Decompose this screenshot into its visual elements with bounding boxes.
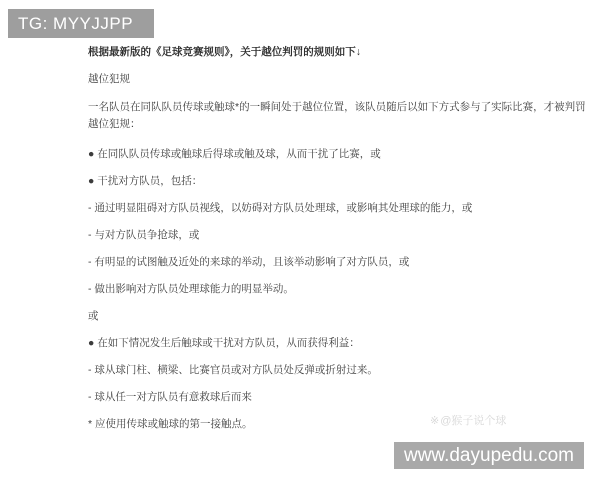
author-watermark-label: @猴子说个球	[440, 415, 506, 427]
document-page: TG: MYYJJPP 根据最新版的《足球竞赛规则》，关于越位判罚的规则如下↓ …	[0, 0, 600, 480]
rule-line: ● 干扰对方队员，包括：	[88, 173, 588, 190]
rule-line: 或	[88, 308, 588, 325]
url-watermark-badge: www.dayupedu.com	[394, 442, 584, 469]
author-watermark: ※@猴子说个球	[430, 412, 506, 428]
star-mark-icon: ※	[430, 415, 439, 427]
tg-watermark-badge: TG: MYYJJPP	[8, 9, 154, 38]
rule-line: - 球从球门柱、横梁、比赛官员或对方队员处反弹或折射过来。	[88, 362, 588, 379]
rule-line: - 有明显的试图触及近处的来球的举动，且该举动影响了对方队员，或	[88, 254, 588, 271]
section-title: 越位犯规	[88, 71, 588, 88]
intro-line: 根据最新版的《足球竞赛规则》，关于越位判罚的规则如下↓	[88, 44, 588, 61]
rule-line: ● 在如下情况发生后触球或干扰对方队员，从而获得利益：	[88, 335, 588, 352]
rule-line: - 做出影响对方队员处理球能力的明显举动。	[88, 281, 588, 298]
rule-line: ● 在同队队员传球或触球后得球或触及球，从而干扰了比赛，或	[88, 146, 588, 163]
article-body: 根据最新版的《足球竞赛规则》，关于越位判罚的规则如下↓ 越位犯规 一名队员在同队…	[88, 44, 588, 443]
rule-line: - 球从任一对方队员有意救球后而来	[88, 389, 588, 406]
rule-line: - 通过明显阻碍对方队员视线，以妨碍对方队员处理球，或影响其处理球的能力，或	[88, 200, 588, 217]
rule-line: - 与对方队员争抢球，或	[88, 227, 588, 244]
footnote-line: * 应使用传球或触球的第一接触点。	[88, 416, 588, 433]
lead-paragraph: 一名队员在同队队员传球或触球*的一瞬间处于越位位置，该队员随后以如下方式参与了实…	[88, 99, 588, 133]
